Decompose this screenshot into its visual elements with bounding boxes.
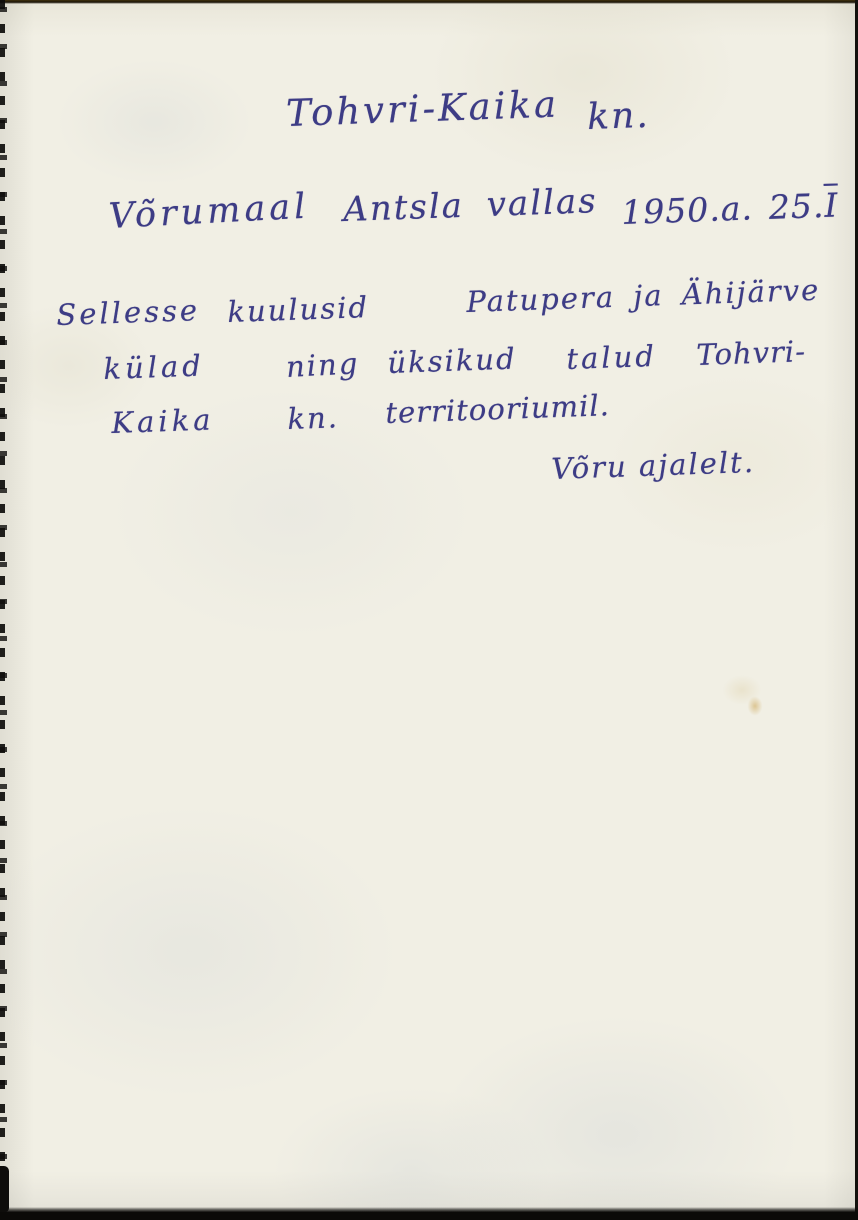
body-word: territooriumil. [385, 388, 611, 430]
body-word: Sellesse [56, 293, 201, 332]
scan-edge-bottom [0, 1207, 858, 1220]
dateline-date: 1950.a.25.I [621, 185, 839, 232]
dateline-year: 1950.a. [621, 188, 754, 232]
body-word: kuulusid [227, 290, 370, 329]
scan-edge-top [0, 0, 858, 4]
dateline-parish: Antsla vallas [343, 181, 599, 230]
attribution-handwritten: Võru ajalelt. [551, 445, 756, 486]
scanned-paper-page: Tohvri-Kaika kn. Võrumaal Antsla vallas … [0, 0, 858, 1220]
dateline-region: Võrumaal [108, 187, 310, 237]
body-word: Kaika [111, 402, 215, 440]
scan-edge-corner-blot [0, 1166, 9, 1212]
body-word: talud [566, 339, 658, 376]
body-word: kn. [287, 400, 340, 436]
dateline-month-roman: I [824, 185, 839, 224]
body-word: Tohvri- [696, 334, 807, 372]
title-handwritten: Tohvri-Kaika [285, 83, 559, 135]
scan-edge-left-marks [0, 7, 7, 1220]
dateline-day: 25. [768, 186, 825, 227]
body-word: ning [285, 346, 360, 384]
body-word: külad [103, 348, 206, 386]
body-word: üksikud [387, 342, 517, 380]
body-phrase: Patupera ja Ähijärve [466, 273, 821, 319]
title-suffix-handwritten: kn. [587, 95, 651, 138]
